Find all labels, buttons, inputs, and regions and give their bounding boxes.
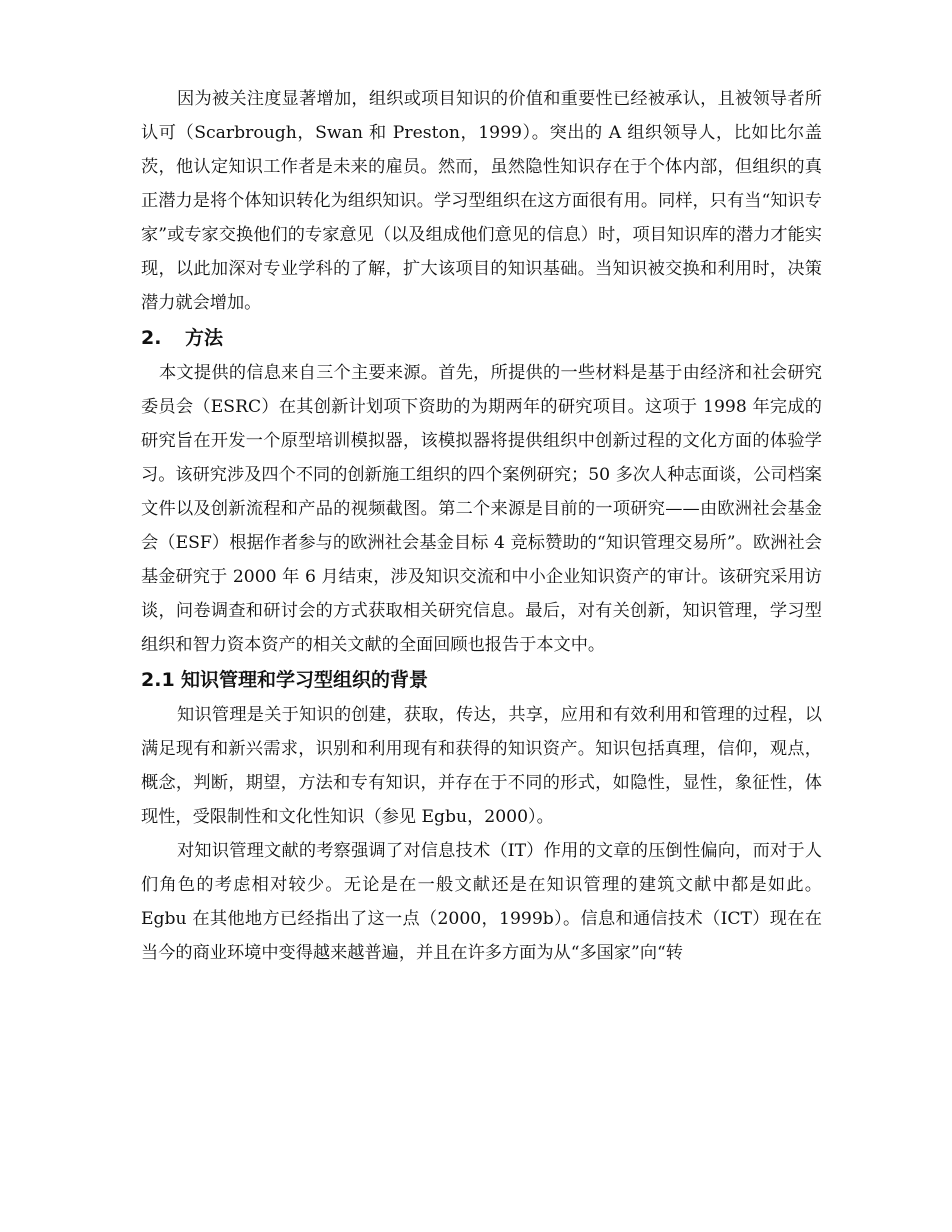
section-number: 2.1 (141, 662, 181, 698)
section-heading-background: 2.1知识管理和学习型组织的背景 (141, 662, 822, 698)
km-definition-paragraph: 知识管理是关于知识的创建，获取，传达，共享，应用和有效利用和管理的过程，以满足现… (141, 698, 822, 834)
section-title: 方法 (185, 327, 223, 349)
section-number: 2. (141, 320, 185, 356)
document-page: 因为被关注度显著增加，组织或项目知识的价值和重要性已经被承认，且被领导者所认可（… (141, 82, 822, 970)
km-literature-paragraph: 对知识管理文献的考察强调了对信息技术（IT）作用的文章的压倒性偏向，而对于人们角… (141, 834, 822, 970)
section-heading-methods: 2.方法 (141, 320, 822, 356)
intro-paragraph: 因为被关注度显著增加，组织或项目知识的价值和重要性已经被承认，且被领导者所认可（… (141, 82, 822, 320)
methods-paragraph: 本文提供的信息来自三个主要来源。首先，所提供的一些材料是基于由经济和社会研究委员… (141, 356, 822, 662)
section-title: 知识管理和学习型组织的背景 (181, 669, 428, 691)
